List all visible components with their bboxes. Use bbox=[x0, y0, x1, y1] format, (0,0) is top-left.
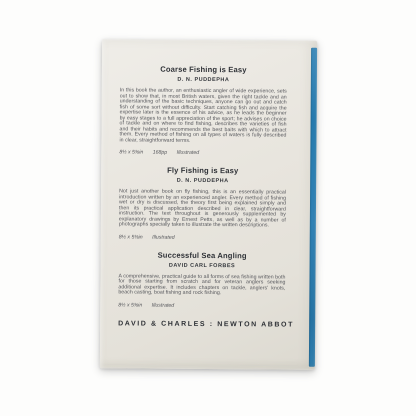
spec-illustrated: Illustrated bbox=[177, 150, 200, 156]
book-section-fly-fishing: Fly Fishing is Easy D. N. PUDDEPHA Not j… bbox=[119, 165, 287, 241]
spec-illustrated: Illustrated bbox=[152, 302, 175, 308]
spec-size: 8½ x 5⅜in bbox=[118, 302, 142, 308]
book-title: Coarse Fishing is Easy bbox=[120, 64, 287, 74]
book-author: D. N. PUDDEPHA bbox=[119, 177, 286, 184]
book-specs: 8½ x 5⅜in Illustrated bbox=[119, 234, 286, 241]
book-title: Fly Fishing is Easy bbox=[119, 165, 286, 175]
book-author: D. N. PUDDEPHA bbox=[120, 76, 287, 83]
photo-background: Coarse Fishing is Easy D. N. PUDDEPHA In… bbox=[0, 0, 416, 416]
spec-size: 8½ x 5⅜in bbox=[119, 149, 143, 155]
book-title: Successful Sea Angling bbox=[119, 250, 286, 260]
book-specs: 8½ x 5⅜in 168pp Illustrated bbox=[119, 149, 286, 156]
book-description: In this book the author, an enthusiastic… bbox=[119, 88, 286, 144]
spine-stripe bbox=[309, 48, 317, 367]
spec-pages: 168pp bbox=[153, 150, 167, 156]
book-section-sea-angling: Successful Sea Angling DAVID CARL FORBES… bbox=[118, 250, 285, 309]
book-section-coarse-fishing: Coarse Fishing is Easy D. N. PUDDEPHA In… bbox=[119, 64, 287, 156]
book-specs: 8½ x 5⅜in Illustrated bbox=[118, 302, 285, 309]
spec-size: 8½ x 5⅜in bbox=[119, 234, 143, 240]
cover-text-block: Coarse Fishing is Easy D. N. PUDDEPHA In… bbox=[118, 39, 287, 328]
book-description: Not just another book on fly fishing, th… bbox=[119, 189, 286, 229]
spec-illustrated: Illustrated bbox=[152, 234, 175, 240]
book-description: A comprehensive, practical guide to all … bbox=[118, 274, 285, 297]
book-back-cover: Coarse Fishing is Easy D. N. PUDDEPHA In… bbox=[100, 39, 317, 369]
publisher-line: DAVID & CHARLES : NEWTON ABBOT bbox=[118, 320, 285, 328]
book-author: DAVID CARL FORBES bbox=[119, 262, 286, 269]
